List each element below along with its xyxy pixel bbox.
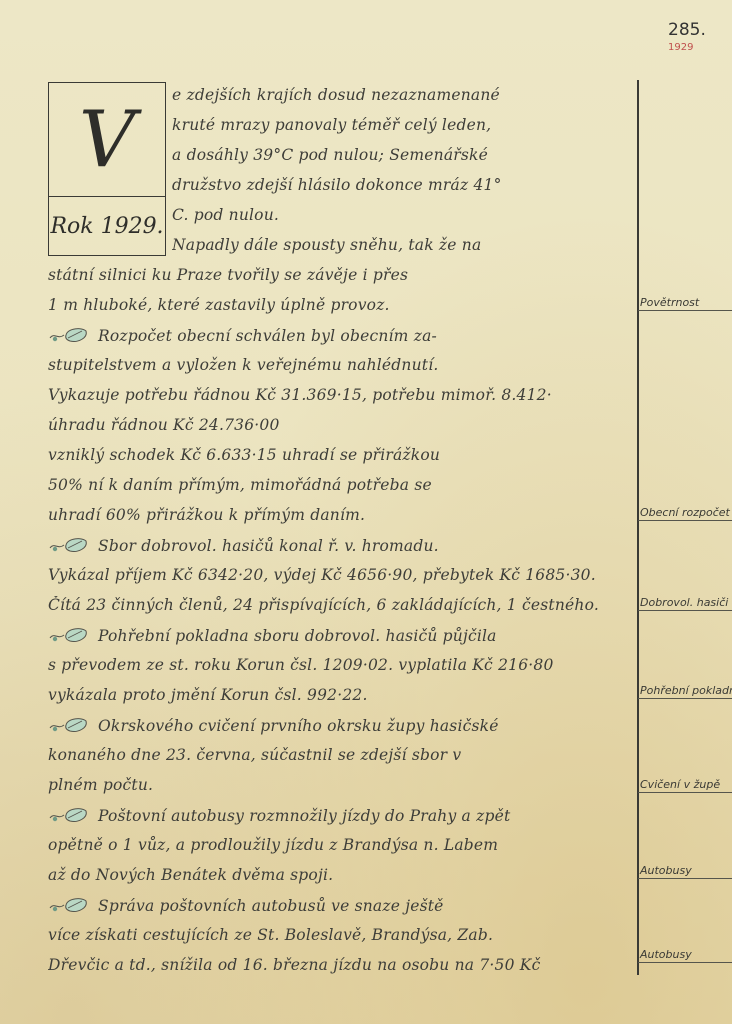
text-line: více získati cestujících ze St. Boleslav… [48,926,636,944]
line-text: konaného dne 23. června, súčastnil se zd… [48,746,461,764]
leaf-flourish-icon [48,536,92,554]
text-line: Čítá 23 činných členů, 24 přispívajících… [48,596,636,614]
line-text: Pohřební pokladna sboru dobrovol. hasičů… [98,627,497,645]
line-text: s převodem ze st. roku Korun čsl. 1209·0… [48,656,554,674]
line-text: Čítá 23 činných členů, 24 přispívajících… [48,596,599,614]
line-text: kruté mrazy panovaly téměř celý leden, [172,116,491,134]
line-text: více získati cestujících ze St. Boleslav… [48,926,493,944]
line-text: Dřevčic a td., snížila od 16. března jíz… [48,956,540,974]
decorative-initial: V [49,83,165,197]
text-line: stupitelstvem a vyložen k veřejnému nahl… [48,356,636,374]
margin-note: Cvičení v župě [638,778,732,793]
text-line: plném počtu. [48,776,636,794]
text-line: 1 m hluboké, které zastavily úplně provo… [48,296,636,314]
year-stamp: 1929 [668,42,693,53]
line-text: 1 m hluboké, které zastavily úplně provo… [48,296,390,314]
text-line: e zdejších krajích dosud nezaznamenané [172,86,636,104]
text-line: až do Nových Benátek dvěma spoji. [48,866,636,884]
line-text: Vykazuje potřebu řádnou Kč 31.369·15, po… [48,386,552,404]
text-line: úhradu řádnou Kč 24.736·00 [48,416,636,434]
line-text: a dosáhly 39°C pod nulou; Semenářské [172,146,488,164]
text-line: Správa poštovních autobusů ve snaze ješt… [48,896,636,915]
text-line: Pohřební pokladna sboru dobrovol. hasičů… [48,626,636,645]
line-text: Napadly dále spousty sněhu, tak že na [172,236,481,254]
text-line: vykázala proto jmění Korun čsl. 992·22. [48,686,636,704]
text-line: Okrskového cvičení prvního okrsku župy h… [48,716,636,735]
line-text: až do Nových Benátek dvěma spoji. [48,866,333,884]
text-line: Vykázal příjem Kč 6342·20, výdej Kč 4656… [48,566,636,584]
line-text: Vykázal příjem Kč 6342·20, výdej Kč 4656… [48,566,596,584]
text-line: opětně o 1 vůz, a prodloužily jízdu z Br… [48,836,636,854]
text-line: Rozpočet obecní schválen byl obecním za- [48,326,636,345]
line-text: opětně o 1 vůz, a prodloužily jízdu z Br… [48,836,498,854]
text-line: Dřevčic a td., snížila od 16. března jíz… [48,956,636,974]
leaf-flourish-icon [48,326,92,344]
line-text: 50% ní k daním přímým, mimořádná potřeba… [48,476,432,494]
text-line: státní silnici ku Praze tvořily se závěj… [48,266,636,284]
line-text: Rozpočet obecní schválen byl obecním za- [98,327,437,345]
text-line: družstvo zdejší hlásilo dokonce mráz 41° [172,176,636,194]
margin-divider [637,80,639,975]
line-text: úhradu řádnou Kč 24.736·00 [48,416,280,434]
text-line: konaného dne 23. června, súčastnil se zd… [48,746,636,764]
margin-note: Autobusy [638,864,732,879]
line-text: plném počtu. [48,776,153,794]
margin-note: Pohřební pokladna [638,684,732,699]
line-text: uhradí 60% přirážkou k přímým daním. [48,506,365,524]
leaf-flourish-icon [48,896,92,914]
line-text: stupitelstvem a vyložen k veřejnému nahl… [48,356,439,374]
text-line: 50% ní k daním přímým, mimořádná potřeba… [48,476,636,494]
line-text: vykázala proto jmění Korun čsl. 992·22. [48,686,368,704]
line-text: e zdejších krajích dosud nezaznamenané [172,86,500,104]
line-text: státní silnici ku Praze tvořily se závěj… [48,266,408,284]
line-text: Poštovní autobusy rozmnožily jízdy do Pr… [98,807,510,825]
line-text: družstvo zdejší hlásilo dokonce mráz 41° [172,176,502,194]
line-text: vzniklý schodek Kč 6.633·15 uhradí se př… [48,446,440,464]
text-line: Poštovní autobusy rozmnožily jízdy do Pr… [48,806,636,825]
text-line: C. pod nulou. [172,206,636,224]
line-text: Správa poštovních autobusů ve snaze ješt… [98,897,444,915]
margin-note: Dobrovol. hasiči [638,596,732,611]
text-line: Napadly dále spousty sněhu, tak že na [172,236,636,254]
margin-note: Obecní rozpočet [638,506,732,521]
text-line: kruté mrazy panovaly téměř celý leden, [172,116,636,134]
text-line: vzniklý schodek Kč 6.633·15 uhradí se př… [48,446,636,464]
text-line: Vykazuje potřebu řádnou Kč 31.369·15, po… [48,386,636,404]
text-line: Sbor dobrovol. hasičů konal ř. v. hromad… [48,536,636,555]
leaf-flourish-icon [48,806,92,824]
leaf-flourish-icon [48,716,92,734]
text-line: uhradí 60% přirážkou k přímým daním. [48,506,636,524]
line-text: C. pod nulou. [172,206,279,224]
year-label: Rok 1929. [49,197,165,255]
manuscript-page: 285. 1929 V Rok 1929. e zdejších krajích… [0,0,732,1024]
margin-note: Povětrnost [638,296,732,311]
initial-box: V Rok 1929. [48,82,166,256]
leaf-flourish-icon [48,626,92,644]
line-text: Okrskového cvičení prvního okrsku župy h… [98,717,499,735]
page-number: 285. [668,20,706,40]
text-line: a dosáhly 39°C pod nulou; Semenářské [172,146,636,164]
text-line: s převodem ze st. roku Korun čsl. 1209·0… [48,656,636,674]
margin-note: Autobusy [638,948,732,963]
line-text: Sbor dobrovol. hasičů konal ř. v. hromad… [98,537,439,555]
